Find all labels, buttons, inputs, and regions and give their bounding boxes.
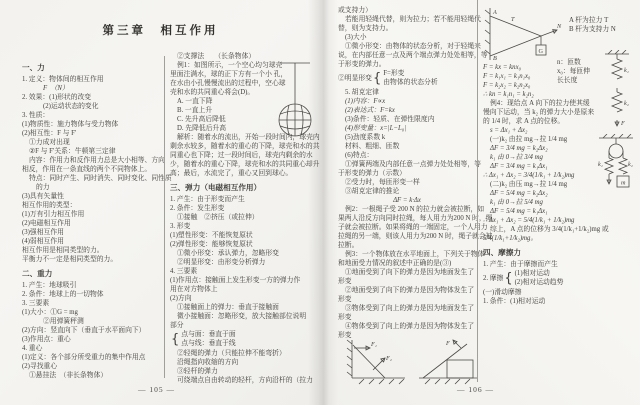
text-line: ΔF = 3/4 mg = k₂Δx₂ bbox=[483, 144, 637, 153]
text-line: 5. 胡克定律 bbox=[338, 88, 476, 97]
text-line: 3. 形变 bbox=[170, 222, 316, 231]
text-line: 拉断。 bbox=[338, 241, 476, 250]
text-line: 高；最后，水流完了，重心又回到球心。 bbox=[170, 169, 316, 178]
text-line: 材料、粗细、匝数 bbox=[338, 142, 476, 151]
right-page: 或支持力）若能用轻绳代替，则为拉力；若不能用轻绳代替，则为支持力。(3)大小①微… bbox=[321, 0, 640, 405]
text-line: ΔF = k·Δx bbox=[338, 196, 476, 205]
text-line: 相反，作用在一条直线的两个不同物体上。 bbox=[22, 165, 162, 174]
weight-label: G bbox=[539, 48, 544, 55]
text-line: 1. 产生：地球吸引 bbox=[22, 281, 162, 290]
text-line: 3. 性质： bbox=[22, 111, 162, 120]
text-line: ②用弹簧秤测 bbox=[22, 317, 162, 326]
page-number-105: — 105 — bbox=[138, 385, 175, 394]
text-line: (2)寻找重心 bbox=[22, 362, 162, 371]
text-line: (3)作用点：重心 bbox=[22, 335, 162, 344]
text-line: 特点：同时产生、同时消失、同时变化、同性质 bbox=[22, 174, 162, 183]
text-line: 同重心也下降；过一段时间后，球壳内剩余的水 bbox=[170, 151, 316, 160]
text-line: 可绕端点自由转动的轻杆，方向沿杆的（拉力 bbox=[170, 376, 316, 385]
right-column-2-text: F = kx = knx₀F = k₁x₁ = k₁n₁x₀F = k₂x₂ =… bbox=[483, 63, 637, 306]
text-line: F = k₁x₁ = k₁n₁x₀ bbox=[483, 72, 637, 81]
text-line: 于形变的弹力（示数） bbox=[338, 169, 476, 178]
rod-wall-figure: F₁ F₂ bbox=[343, 338, 409, 386]
text-line: (6)特点： bbox=[338, 151, 476, 160]
text-line: (3)具有矢量性 bbox=[22, 192, 162, 201]
text-line: 果两人沿反方向同时拉绳，每人用力为200 N 时，绳 bbox=[338, 214, 476, 223]
text-line: 形变 bbox=[338, 277, 476, 286]
text-line: 四、摩擦力 bbox=[483, 248, 637, 257]
text-line: ③轻杆的弹力 bbox=[170, 367, 316, 376]
text-line: 拉绳的另一端，则该人用力为200 N 时，绳子就会被 bbox=[338, 232, 476, 241]
text-line: ΔF = 5/4 mg = k₂Δx₂ bbox=[483, 189, 637, 198]
text-line: 于形变的弹力。 bbox=[338, 60, 476, 69]
text-line: 子就会被拉断。如果将绳的一端固定，一个人用力 bbox=[338, 223, 476, 232]
force-label: F₁ bbox=[370, 341, 377, 348]
text-line: (1)塑性形变：不能恢复原状 bbox=[170, 231, 316, 240]
text-line: 形变 bbox=[338, 295, 476, 304]
text-line: (3)条件：轻质、在弹性限度内 bbox=[338, 115, 476, 124]
text-line: ②受力时，每匝形变一样 bbox=[338, 178, 476, 187]
text-line: 1. 产生：由于摩擦而产生 bbox=[483, 260, 637, 269]
column-divider bbox=[477, 0, 478, 382]
text-line: 例4：现给点 A 向下的拉力使其缓 bbox=[483, 99, 637, 108]
hanging-ball-figure bbox=[276, 58, 314, 144]
text-line: 若能用轻绳代替，则为拉力；若不能用轻绳代 bbox=[338, 15, 476, 24]
text-line: F = k₂x₂ = k₂n₂x₀ bbox=[483, 81, 637, 90]
text-line: ΔF = 3/4 mg = k₁Δx₁ bbox=[483, 162, 637, 171]
text-line: k₁ 由 0→拉 5/4 mg bbox=[483, 198, 637, 207]
text-line: 的力 bbox=[22, 183, 162, 192]
text-line: 相互作用的类型： bbox=[22, 201, 162, 210]
text-line: (一)k₂ 由拉 mg→拉 1/4 mg bbox=[483, 135, 637, 144]
text-line: ②地面受到了向下的弹力是因为物体发生了 bbox=[338, 286, 476, 295]
text-line: B 杆为支持力 N bbox=[569, 25, 616, 34]
text-line: 二、重力 bbox=[22, 269, 162, 278]
bracket-caption: A 杆为拉力 TB 杆为支持力 N bbox=[569, 16, 616, 34]
text-line: (2)相互性：F 与 F′ bbox=[22, 129, 162, 138]
text-line: 说，在内部任意一点及两个端点弹力处处相等，等 bbox=[338, 51, 476, 60]
text-line: 例3：一个物体放在水平地面上，下列关于物体 bbox=[338, 250, 476, 259]
text-line: {点与面：垂直于面点与线：垂直于线 bbox=[170, 330, 316, 349]
text-line: 慢向下运动，当 k₂ 的弹力大小是原来 bbox=[483, 108, 637, 117]
page-number-106: — 106 — bbox=[457, 385, 494, 394]
text-line: ③胡克定律的推论 bbox=[338, 187, 476, 196]
text-line: 相互作用是相同类型的力。 bbox=[22, 246, 162, 255]
text-line: 替，则为支持力。 bbox=[338, 24, 476, 33]
text-line: ∴ Δx₁ + Δx₂ = 5/4(1/k₁ + 1/k₂)mg bbox=[483, 216, 637, 225]
text-line: 2. 条件：发生形变 bbox=[170, 204, 316, 213]
rod-label: B bbox=[493, 55, 497, 62]
text-line: 1. 产生：由于形变而产生 bbox=[170, 195, 316, 204]
text-line: 形变 bbox=[338, 313, 476, 322]
text-line: (5)劲度系数 k bbox=[338, 133, 476, 142]
text-line: 或支持力） bbox=[338, 6, 476, 15]
normal-label: N bbox=[556, 23, 562, 30]
left-page: 第三章 相互作用 一、力1. 定义：物体间的相互作用F （N）2. 效果：(1)… bbox=[0, 0, 321, 405]
left-column-1: 一、力1. 定义：物体间的相互作用F （N）2. 效果：(1)形状的改变(2)运… bbox=[22, 58, 162, 380]
text-line: F （N） bbox=[22, 84, 162, 93]
force-label: F bbox=[445, 340, 450, 347]
text-line: 平衡力不一定是相同类型的力。 bbox=[22, 255, 162, 264]
text-line: k₁ 由 0→拉 3/4 mg bbox=[483, 153, 637, 162]
text-line: 微小接触面：忽略形变，放大接触部位说明 bbox=[170, 312, 316, 321]
text-line: ①力成对出现 bbox=[22, 138, 162, 147]
text-line: ①悬挂法 （非长条物体） bbox=[22, 371, 162, 380]
text-line: 用在对方物体上 bbox=[170, 285, 316, 294]
tension-label: T bbox=[511, 16, 515, 23]
text-line: ③物体受到了向上的弹力是因为地面发生了 bbox=[338, 304, 476, 313]
text-line: 1. 条件：(1)相对运动 bbox=[483, 297, 637, 306]
text-line: ②明显形变{F=形变由物体的状态分析 bbox=[338, 69, 476, 88]
force-label: F₂ bbox=[385, 355, 392, 362]
text-line: ΔF = 5/4 mg = k₁Δx₁ bbox=[483, 207, 637, 216]
text-line: ①微小形变：由物体的状态分析，对于轻绳来 bbox=[338, 42, 476, 51]
text-line: s = Δx₁ + Δx₂ bbox=[483, 126, 637, 135]
text-line: 3. 三要素 bbox=[22, 299, 162, 308]
text-line: 三、弹力（电磁相互作用） bbox=[170, 183, 316, 192]
right-column-2: A T N B G A 杆为拉力 TB 杆为支持力 N k₁ k₂ F n：匝数… bbox=[483, 6, 637, 306]
text-line: (3)强相互作用 bbox=[22, 228, 162, 237]
text-line: (1)作用点：接触面上发生形变一方的弹力作 bbox=[170, 276, 316, 285]
text-line: F = kx = knx₀ bbox=[483, 63, 637, 72]
text-line: 的 1/4 时，求 A 点的位移。 bbox=[483, 117, 637, 126]
text-line: 2. 摩擦{(1)相对运动(2)相对运动趋势 bbox=[483, 269, 637, 288]
text-line: (3)大小 bbox=[338, 33, 476, 42]
chapter-title: 第三章 相互作用 bbox=[0, 22, 321, 38]
text-line: 沿绳指向收缩的方向 bbox=[170, 358, 316, 367]
text-line: (二)k₂ 由压 mg→拉 1/4 mg bbox=[483, 180, 637, 189]
text-line: ②F 与 F′关系：牛顿第三定律 bbox=[22, 147, 162, 156]
text-line: (4)弱相互作用 bbox=[22, 237, 162, 246]
right-column-1: 或支持力）若能用轻绳代替，则为拉力；若不能用轻绳代替，则为支持力。(3)大小①微… bbox=[338, 6, 476, 340]
text-line: ①弹簧两端及内部任意一点弹力处处相等，等 bbox=[338, 160, 476, 169]
rod-box-figure: F bbox=[417, 338, 479, 386]
text-line: (2)电磁相互作用 bbox=[22, 219, 162, 228]
text-line: 部分 bbox=[170, 321, 316, 330]
text-line: 2. 效果：(1)形状的改变 bbox=[22, 93, 162, 102]
text-line: (1)内容：F∝x bbox=[338, 97, 476, 106]
text-line: ∴ Δx₁ + Δx₂ = 3/4(1/k₁ + 1/k₂)mg bbox=[483, 171, 637, 180]
text-line: (2)表达式：F=kx bbox=[338, 106, 476, 115]
text-line: (1)物质性：施力物体与受力物体 bbox=[22, 120, 162, 129]
wall-bracket-figure: A T N B G bbox=[483, 6, 563, 62]
text-line: ①接触面上的弹力：垂直于接触面 bbox=[170, 303, 316, 312]
text-line: 1. 定义：物体间的相互作用 bbox=[22, 75, 162, 84]
text-line: 2. 条件：地球上的一切物体 bbox=[22, 290, 162, 299]
text-line: 例2：一根绳子受 200 N 的拉力就会被拉断，如 bbox=[338, 205, 476, 214]
text-line: 4. 重心 bbox=[22, 344, 162, 353]
text-line: (1)万有引力相互作用 bbox=[22, 210, 162, 219]
text-line: (2)方向：竖直向下（垂直于水平面向下） bbox=[22, 326, 162, 335]
text-line: (2)方向 bbox=[170, 294, 316, 303]
text-line: ①接触 ②挤压（或拉伸） bbox=[170, 213, 316, 222]
text-line: 一、力 bbox=[22, 63, 162, 72]
text-line: ④物体受到了向上的弹力是因为物体发生了 bbox=[338, 322, 476, 331]
text-line: (1)定义：各个部分所受重力的集中作用点 bbox=[22, 353, 162, 362]
text-line: 4. 三要素 bbox=[170, 267, 316, 276]
text-line: (4)形变量：x=|L−L₀| bbox=[338, 124, 476, 133]
text-line: (2)弹性形变：能够恢复原状 bbox=[170, 240, 316, 249]
rod-label: A bbox=[492, 9, 497, 16]
text-line: 5/4(1/k₁+1/k₂)mg。 bbox=[483, 234, 637, 243]
column-divider bbox=[164, 56, 165, 378]
text-line: A 杆为拉力 T bbox=[569, 16, 616, 25]
text-line: 和地面受力情况的叙述中正确的是(③) bbox=[338, 259, 476, 268]
text-line: ②轻绳的弹力（只能拉伸不能弯折） bbox=[170, 349, 316, 358]
text-line: 综上，A 点的位移为 3/4(1/k₁+1/k₂)mg 或 bbox=[483, 225, 637, 234]
text-line: ①微小形变：承认弹力，忽略形变 bbox=[170, 249, 316, 258]
text-line: (1)大小：①G = mg bbox=[22, 308, 162, 317]
text-line: ∴ kn = k₁n₁ = k₂n₂ bbox=[483, 90, 637, 99]
text-line: (一)滑动摩擦 bbox=[483, 288, 637, 297]
text-line: 少，随着水的重心下降，球壳和水的共同重心却升 bbox=[170, 160, 316, 169]
text-line: (2)运动状态的变化 bbox=[22, 102, 162, 111]
text-line: 内容：作用力和反作用力总是大小相等、方向 bbox=[22, 156, 162, 165]
text-line: ①地面受到了向下的弹力是因为地面发生了 bbox=[338, 268, 476, 277]
text-line: ②明显形变：由形变分析弹力 bbox=[170, 258, 316, 267]
scanned-book-spread: { "left_page": { "title": "第三章 相互作用", "p… bbox=[0, 0, 640, 405]
